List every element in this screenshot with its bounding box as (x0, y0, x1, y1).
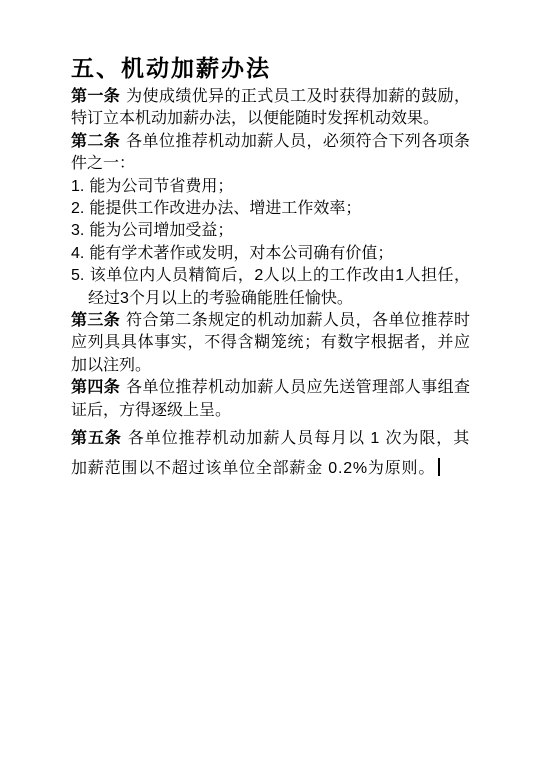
condition-4-number: 4. (71, 245, 84, 262)
condition-4-text: 能有学术著作或发明，对本公司确有价值； (89, 245, 393, 262)
article-4[interactable]: 第四条各单位推荐机动加薪人员应先送管理部人事组查证后，方得逐级上呈。 (71, 377, 470, 422)
text-cursor (438, 458, 440, 476)
article-4-label: 第四条 (71, 379, 120, 396)
document-title: 五、机动加薪办法 (71, 54, 470, 82)
document-page: 五、机动加薪办法 第一条为使成绩优异的正式员工及时获得加薪的鼓励，特订立本机动加… (0, 0, 539, 771)
article-1-label: 第一条 (71, 88, 120, 105)
condition-item-1[interactable]: 1.能为公司节省费用； (71, 176, 470, 198)
condition-item-5[interactable]: 5.该单位内人员精简后，2人以上的工作改由1人担任，经过3个月以上的考验确能胜任… (71, 265, 470, 310)
condition-5-text: 该单位内人员精简后，2人以上的工作改由1人担任，经过3个月以上的考验确能胜任愉快… (88, 267, 470, 306)
condition-1-number: 1. (71, 178, 84, 195)
article-3-text: 符合第二条规定的机动加薪人员，各单位推荐时应列具具体事实，不得含糊笼统；有数字根… (71, 312, 470, 374)
condition-3-text: 能为公司增加受益； (89, 222, 233, 239)
condition-5-number: 5. (71, 267, 84, 284)
article-5-label: 第五条 (71, 430, 122, 447)
article-2-label: 第二条 (71, 133, 120, 150)
condition-item-4[interactable]: 4.能有学术著作或发明，对本公司确有价值； (71, 243, 470, 265)
condition-2-text: 能提供工作改进办法、增进工作效率； (89, 200, 361, 217)
article-1-text: 为使成绩优异的正式员工及时获得加薪的鼓励，特订立本机动加薪办法，以便能随时发挥机… (71, 88, 470, 127)
condition-3-number: 3. (71, 222, 84, 239)
article-5[interactable]: 第五条各单位推荐机动加薪人员每月以 1 次为限，其加薪范围以不超过该单位全部薪金… (71, 424, 470, 484)
condition-list: 1.能为公司节省费用； 2.能提供工作改进办法、增进工作效率； 3.能为公司增加… (71, 176, 470, 310)
article-2-text: 各单位推荐机动加薪人员，必须符合下列各项条件之一： (71, 133, 470, 172)
condition-item-3[interactable]: 3.能为公司增加受益； (71, 220, 470, 242)
article-5-text: 各单位推荐机动加薪人员每月以 1 次为限，其加薪范围以不超过该单位全部薪金 0.… (71, 430, 470, 477)
article-2[interactable]: 第二条各单位推荐机动加薪人员，必须符合下列各项条件之一： (71, 131, 470, 176)
condition-1-text: 能为公司节省费用； (89, 178, 233, 195)
article-4-text: 各单位推荐机动加薪人员应先送管理部人事组查证后，方得逐级上呈。 (71, 379, 470, 418)
document-content[interactable]: 五、机动加薪办法 第一条为使成绩优异的正式员工及时获得加薪的鼓励，特订立本机动加… (71, 54, 470, 484)
condition-2-number: 2. (71, 200, 84, 217)
article-3[interactable]: 第三条符合第二条规定的机动加薪人员，各单位推荐时应列具具体事实，不得含糊笼统；有… (71, 310, 470, 377)
article-1[interactable]: 第一条为使成绩优异的正式员工及时获得加薪的鼓励，特订立本机动加薪办法，以便能随时… (71, 86, 470, 131)
condition-item-2[interactable]: 2.能提供工作改进办法、增进工作效率； (71, 198, 470, 220)
article-3-label: 第三条 (71, 312, 120, 329)
